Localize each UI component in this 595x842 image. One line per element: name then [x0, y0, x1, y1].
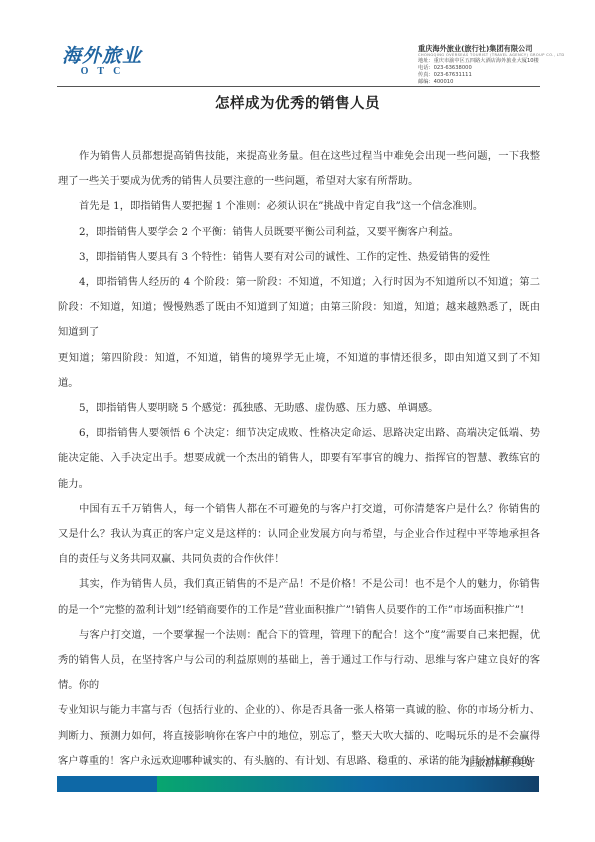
document-title: 怎样成为优秀的销售人员	[0, 92, 595, 113]
paragraph: 中国有五千万销售人，每一个销售人都在不可避免的与客户打交道，可你清楚客户是什么？…	[58, 497, 540, 573]
document-body: 作为销售人员都想提高销售技能，来提高业务量。但在这些过程当中难免会出现一些问题，…	[58, 144, 540, 774]
paragraph: 更知道；第四阶段：知道，不知道，销售的境界学无止境，不知道的事情还很多，即由知道…	[58, 346, 540, 396]
company-name: 重庆海外旅业(旅行社)集团有限公司	[418, 44, 548, 53]
company-fax: 传真：023-67631111	[418, 72, 548, 79]
paragraph: 6，即指销售人要领悟 6 个决定：细节决定成败、性格决定命运、思路决定出路、高端…	[58, 421, 540, 497]
company-address: 地址：重庆市渝中区五四路大酒店海外旅业大厦10楼	[418, 58, 548, 65]
company-postcode: 邮编：400010	[418, 79, 548, 86]
paragraph: 首先是 1，即指销售人要把握 1 个准则：必须认识在”挑战中肯定自我”这一个信念…	[58, 194, 540, 219]
footer-bar-blue-segment	[57, 776, 157, 792]
company-phone: 电话：023-63638000	[418, 65, 548, 72]
footer-color-bar	[57, 776, 539, 792]
header-divider	[57, 86, 540, 87]
logo-chinese-text: 海外旅业	[60, 46, 144, 66]
footer-slogan: 让旅游回归美好	[465, 754, 535, 769]
company-logo: 海外旅业 OTC	[60, 46, 144, 77]
paragraph: 作为销售人员都想提高销售技能，来提高业务量。但在这些过程当中难免会出现一些问题，…	[58, 144, 540, 194]
paragraph: 与客户打交道，一个要掌握一个法则：配合下的管理，管理下的配合！这个”度”需要自己…	[58, 623, 540, 699]
paragraph: 3，即指销售人要具有 3 个特性：销售人要有对公司的诚性、工作的定性、热爱销售的…	[58, 245, 540, 270]
logo-english-text: OTC	[60, 66, 144, 77]
paragraph: 2，即指销售人要学会 2 个平衡：销售人员既要平衡公司利益，又要平衡客户利益。	[58, 220, 540, 245]
paragraph: 5，即指销售人要明晓 5 个感觉：孤独感、无助感、虚伪感、压力感、单调感。	[58, 396, 540, 421]
paragraph: 4，即指销售人经历的 4 个阶段：第一阶段：不知道，不知道；入行时因为不知道所以…	[58, 270, 540, 346]
paragraph: 其实，作为销售人员，我们真正销售的不是产品！不是价格！不是公司！也不是个人的魅力…	[58, 572, 540, 622]
footer-bar-gradient-segment	[157, 776, 539, 792]
company-info-block: 重庆海外旅业(旅行社)集团有限公司 CHONGQING OVERSEAS TOU…	[418, 44, 548, 86]
